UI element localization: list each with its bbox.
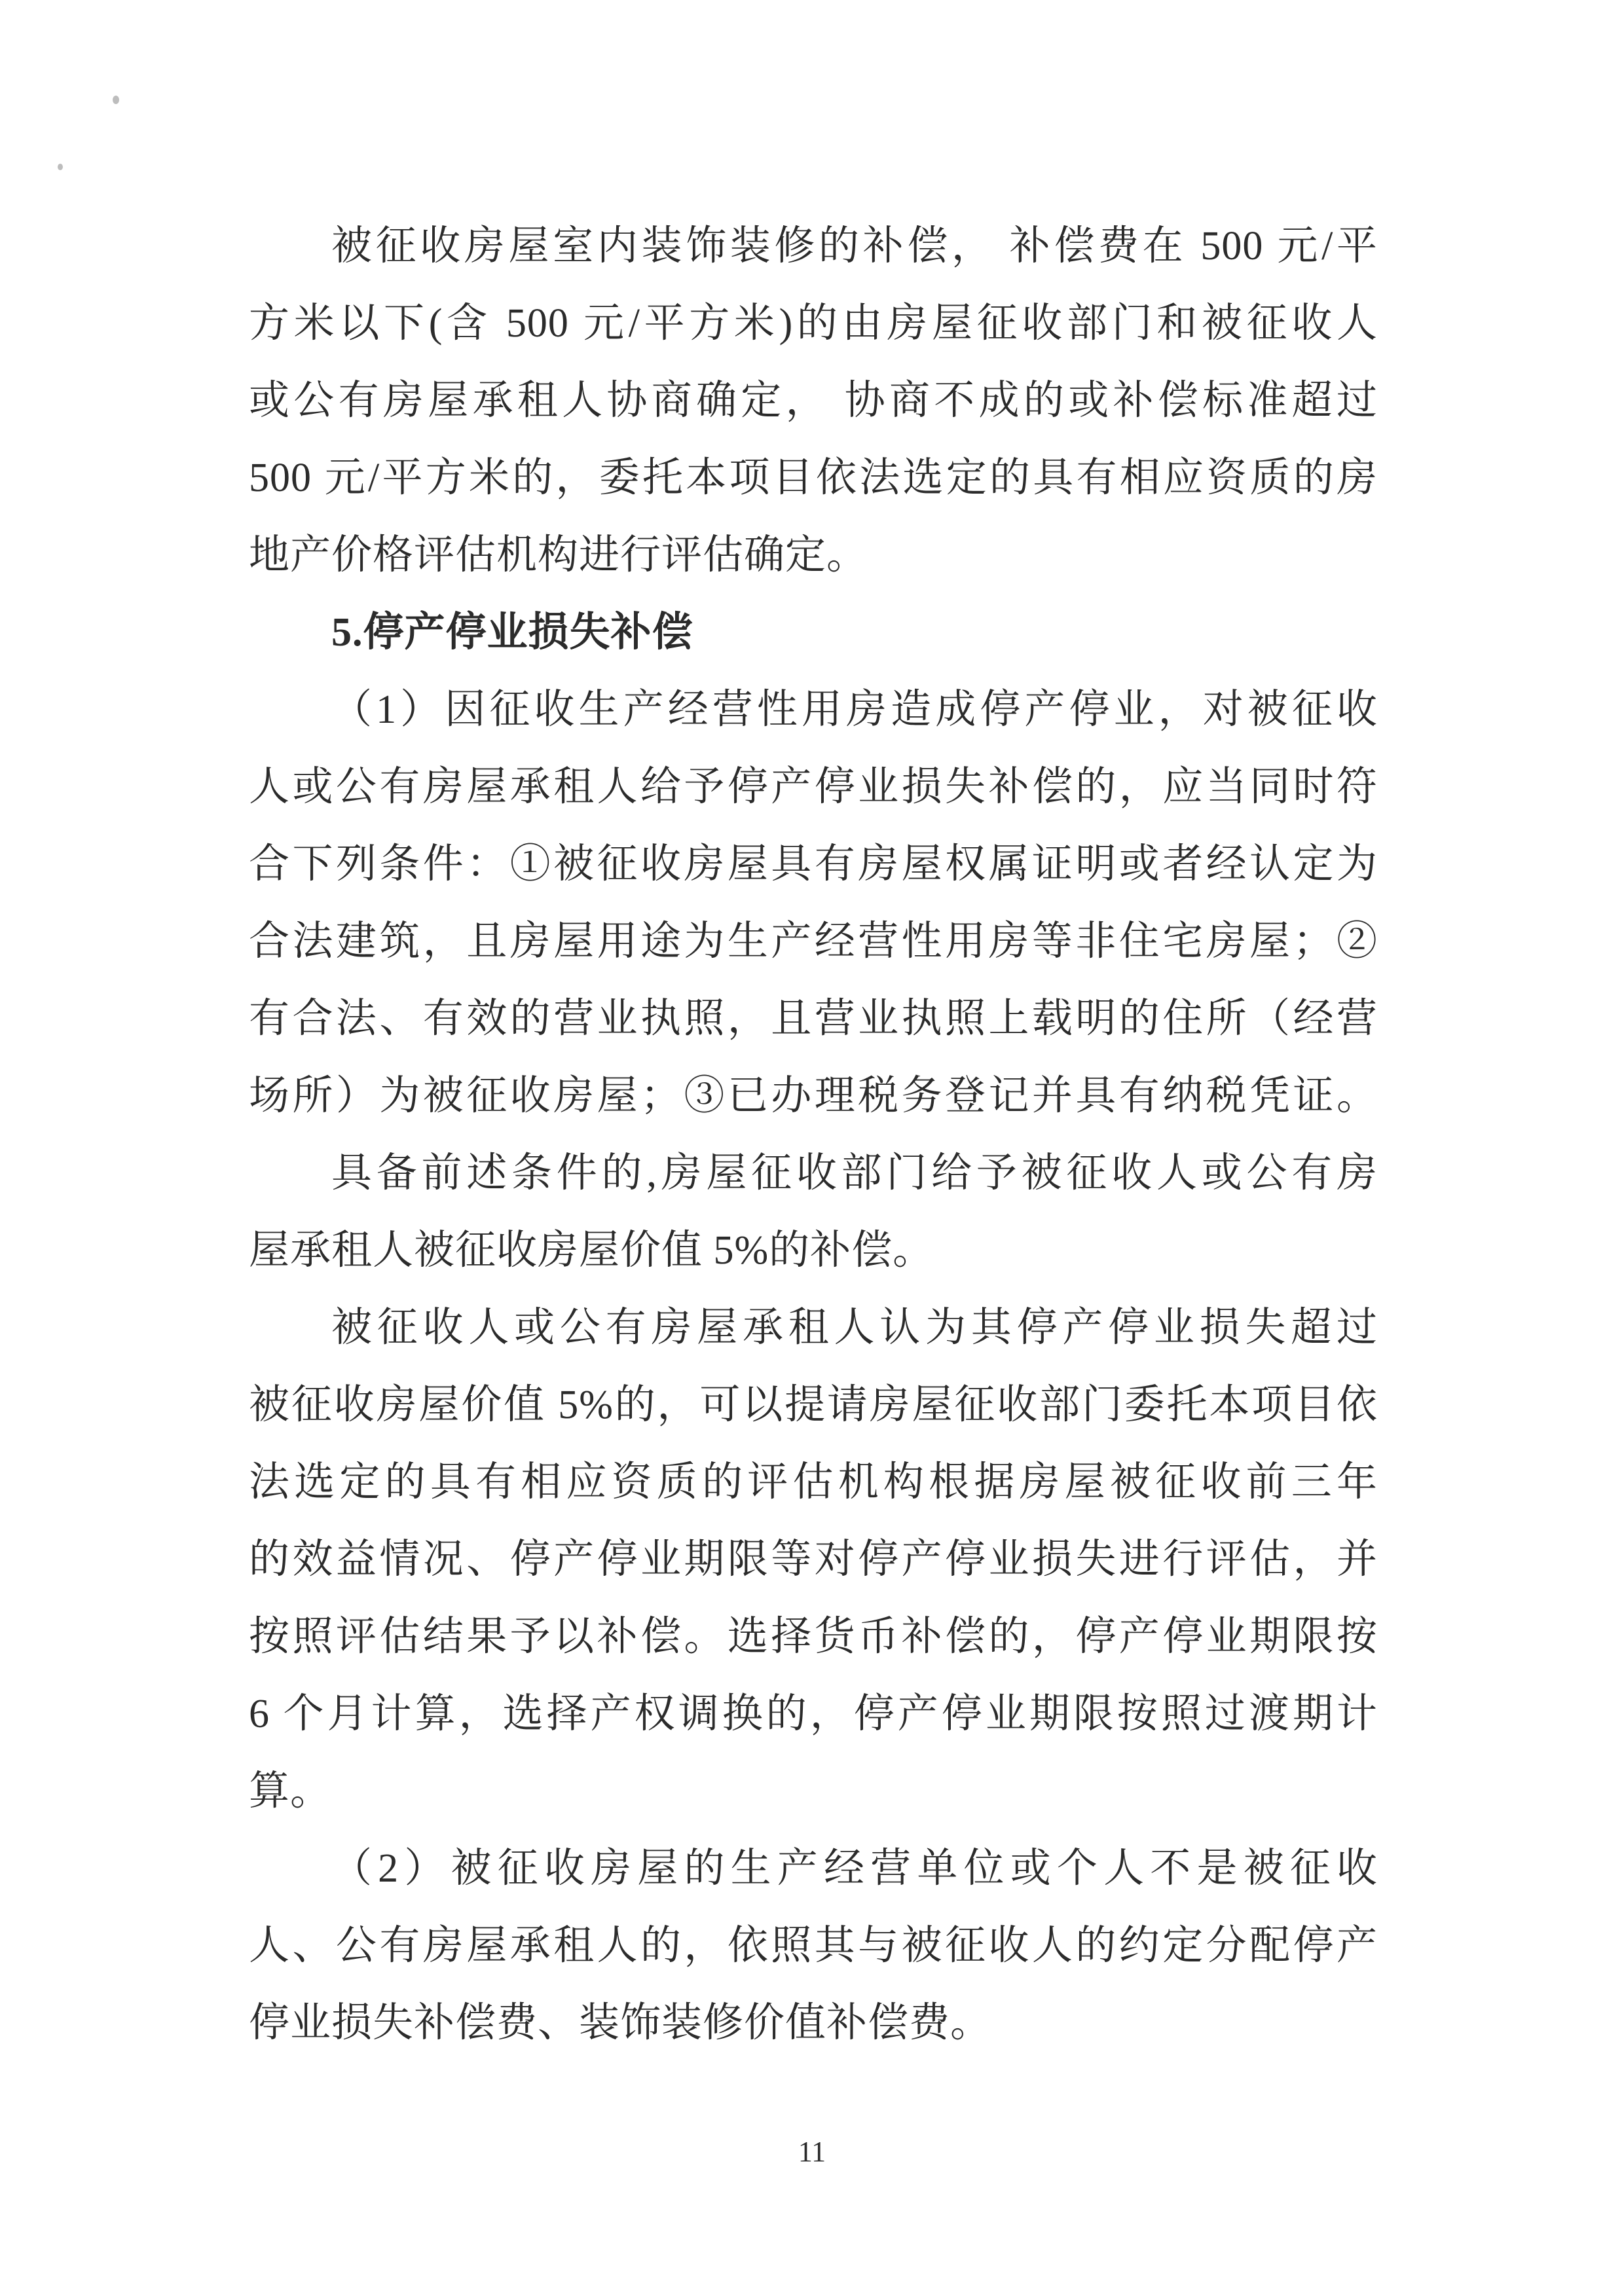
text-line: 6 个月计算，选择产权调换的，停产停业期限按照过渡期计: [249, 1675, 1378, 1753]
text-line: 方米以下(含 500 元/平方米)的由房屋征收部门和被征收人: [249, 285, 1378, 362]
text-line: 的效益情况、停产停业期限等对停产停业损失进行评估，并: [249, 1521, 1378, 1598]
text-line: 按照评估结果予以补偿。选择货币补偿的，停产停业期限按: [249, 1598, 1378, 1675]
text-line: 停业损失补偿费、装饰装修价值补偿费。: [249, 1984, 1378, 2062]
document-page: 被征收房屋室内装饰装修的补偿， 补偿费在 500 元/平方米以下(含 500 元…: [0, 0, 1624, 2296]
text-line: 法选定的具有相应资质的评估机构根据房屋被征收前三年: [249, 1444, 1378, 1521]
text-line: 合法建筑，且房屋用途为生产经营性用房等非住宅房屋；②: [249, 903, 1378, 980]
document-body: 被征收房屋室内装饰装修的补偿， 补偿费在 500 元/平方米以下(含 500 元…: [249, 208, 1378, 2062]
text-line: 被征收房屋价值 5%的，可以提请房屋征收部门委托本项目依: [249, 1366, 1378, 1444]
section-heading: 5.停产停业损失补偿: [249, 594, 1378, 671]
text-line: 500 元/平方米的，委托本项目依法选定的具有相应资质的房: [249, 439, 1378, 517]
text-line: 具备前述条件的,房屋征收部门给予被征收人或公有房: [249, 1135, 1378, 1212]
text-line: 有合法、有效的营业执照，且营业执照上载明的住所（经营: [249, 980, 1378, 1057]
text-line: 场所）为被征收房屋；③已办理税务登记并具有纳税凭证。: [249, 1057, 1378, 1135]
page-number: 11: [0, 2116, 1624, 2188]
text-line: 或公有房屋承租人协商确定， 协商不成的或补偿标准超过: [249, 362, 1378, 439]
text-line: 被征收房屋室内装饰装修的补偿， 补偿费在 500 元/平: [249, 208, 1378, 285]
text-line: 人或公有房屋承租人给予停产停业损失补偿的，应当同时符: [249, 748, 1378, 826]
text-line: 人、公有房屋承租人的，依照其与被征收人的约定分配停产: [249, 1907, 1378, 1984]
text-line: （2）被征收房屋的生产经营单位或个人不是被征收: [249, 1830, 1378, 1907]
scan-speck: [113, 96, 119, 104]
text-line: 合下列条件：①被征收房屋具有房屋权属证明或者经认定为: [249, 826, 1378, 903]
text-line: （1）因征收生产经营性用房造成停产停业，对被征收: [249, 671, 1378, 748]
scan-speck: [58, 164, 63, 170]
text-line: 地产价格评估机构进行评估确定。: [249, 517, 1378, 594]
text-line: 算。: [249, 1753, 1378, 1830]
text-line: 被征收人或公有房屋承租人认为其停产停业损失超过: [249, 1289, 1378, 1366]
text-line: 屋承租人被征收房屋价值 5%的补偿。: [249, 1212, 1378, 1289]
